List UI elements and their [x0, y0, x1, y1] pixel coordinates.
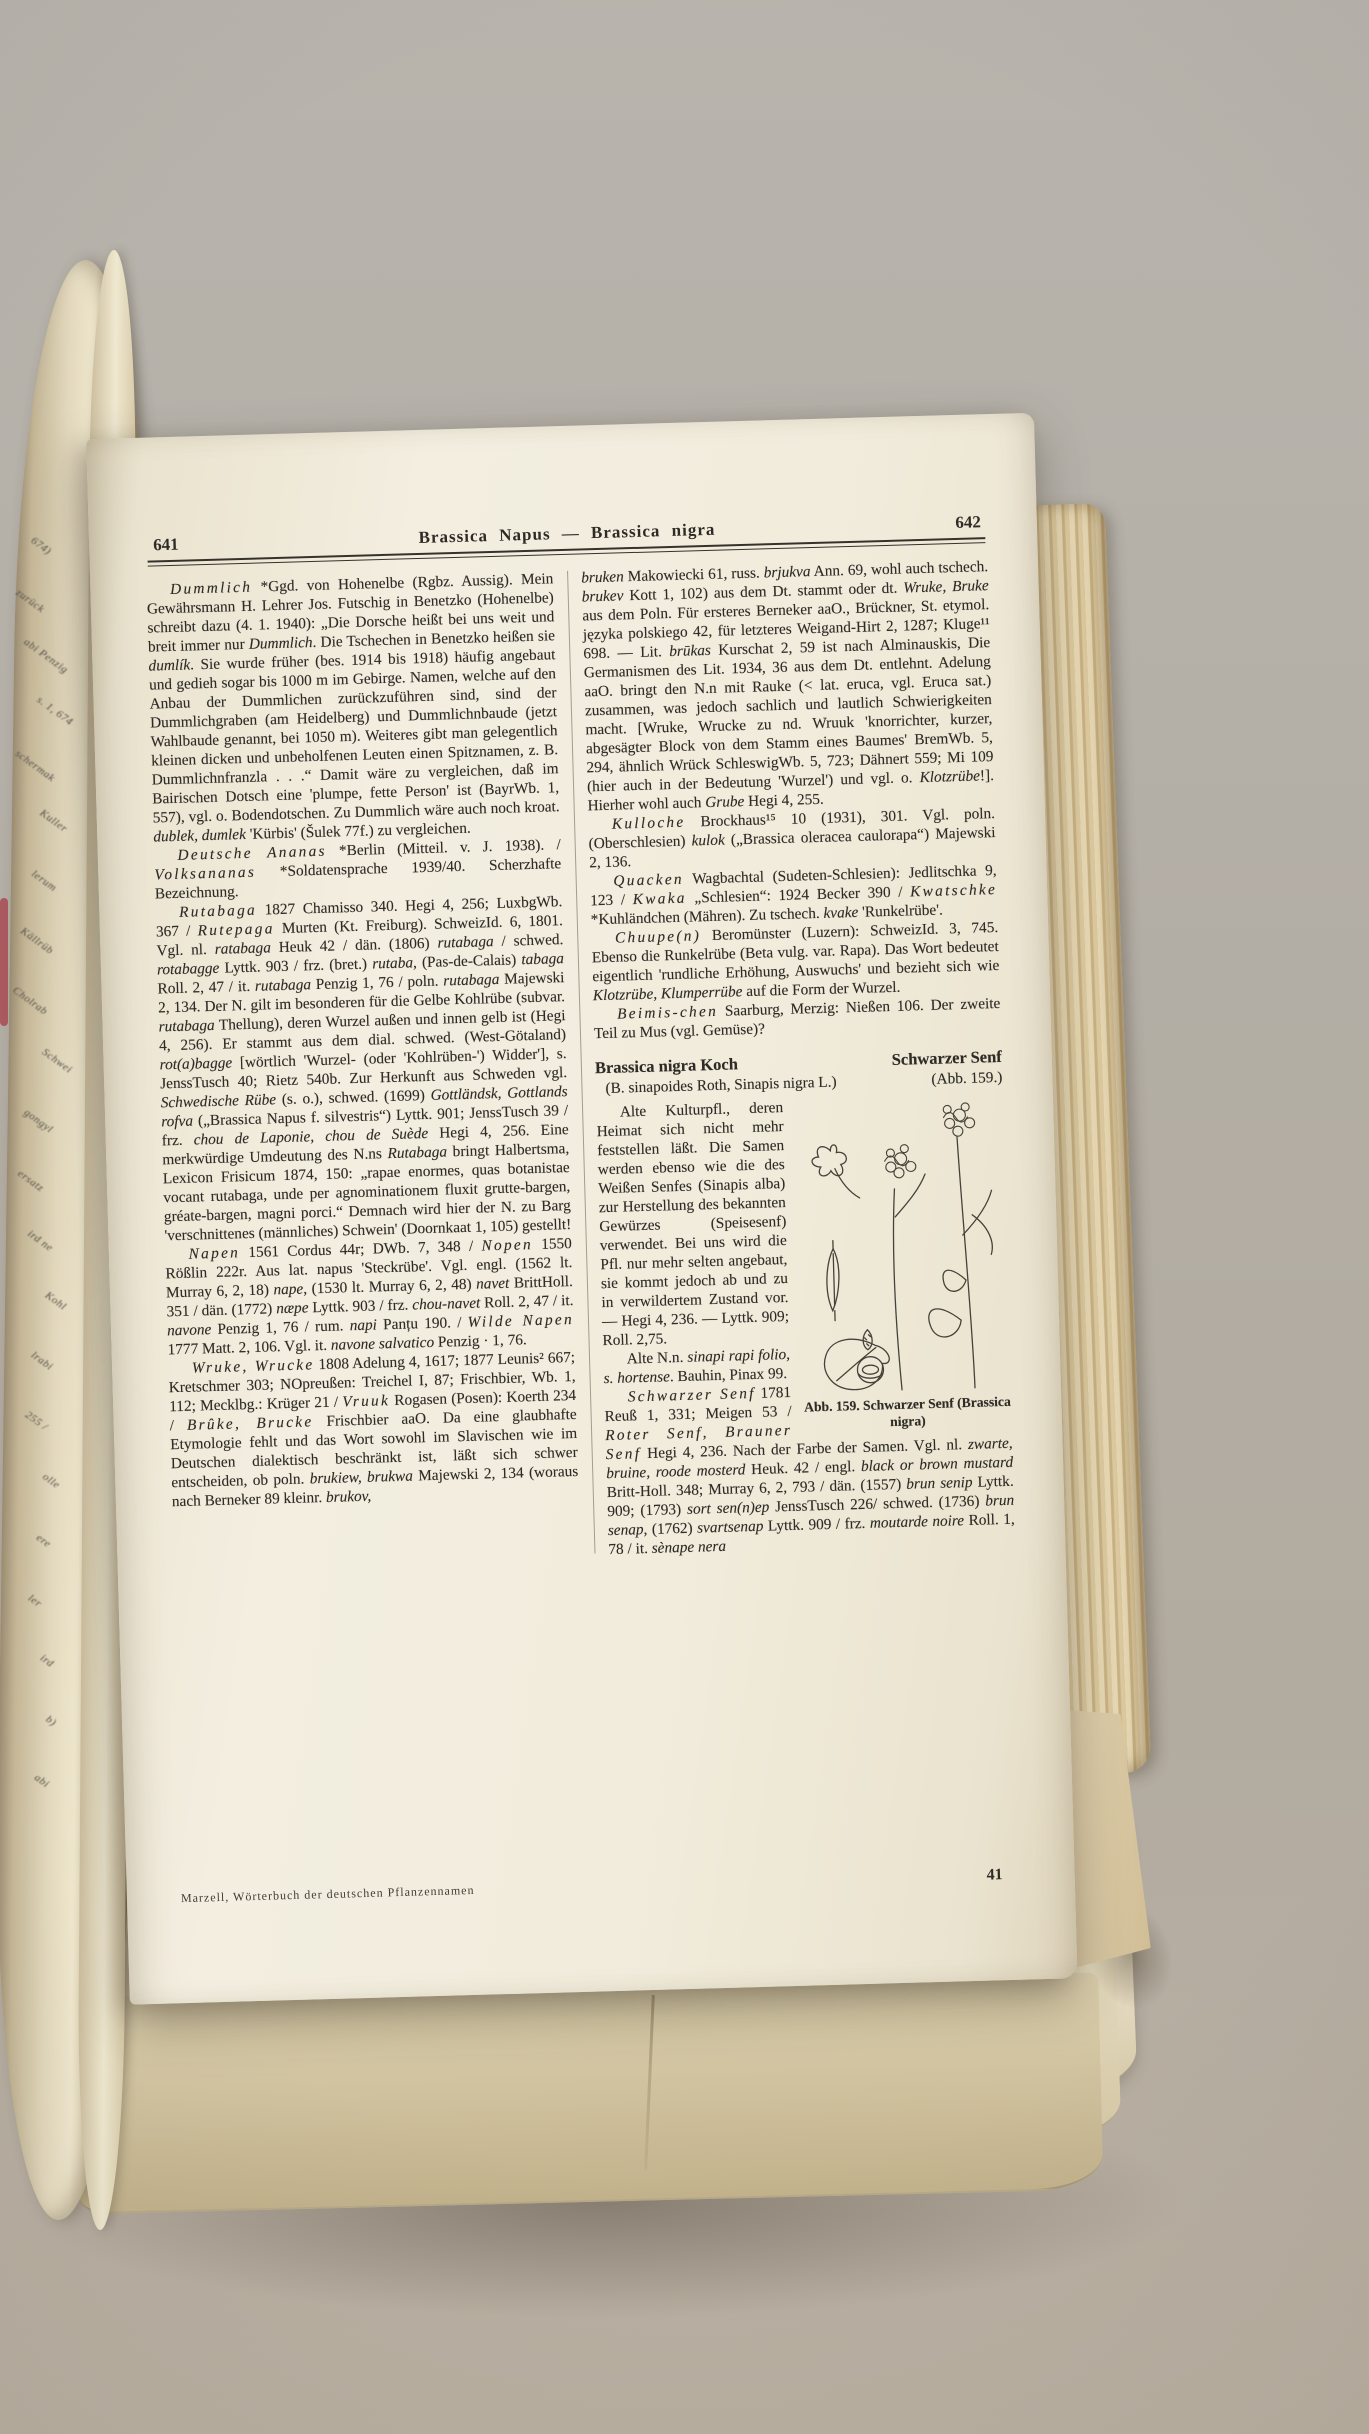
headword: Kulloche	[612, 814, 686, 833]
right-column: bruken Makowiecki 61, russ. brjukva Ann.…	[581, 557, 1016, 1559]
entry-paragraph: Rutabaga 1827 Chamisso 340. Hegi 4, 256;…	[155, 892, 571, 1245]
headword: Wruke, Wrucke	[192, 1356, 315, 1376]
headword: Rutabaga	[179, 902, 257, 921]
black-mustard-drawing	[799, 1094, 1007, 1394]
entry-paragraph: Wruke, Wrucke 1808 Adelung 4, 1617; 1877…	[168, 1348, 579, 1511]
column-number-left: 641	[153, 535, 179, 556]
headword: Beimis-chen	[617, 1003, 718, 1023]
photo-of-open-book: 674)zurückabi Penzigs. 1, 674schermakKul…	[0, 0, 1369, 2434]
footer-imprint: Marzell, Wörterbuch der deutschen Pflanz…	[181, 1883, 475, 1906]
under-page-edge	[74, 1973, 1104, 2215]
entry-paragraph: bruken Makowiecki 61, russ. brjukva Ann.…	[581, 557, 995, 815]
headword: Deutsche Ananas	[177, 843, 327, 864]
figure-caption: Abb. 159. Schwarzer Senf (Brassica nigra…	[803, 1393, 1012, 1433]
running-title: Brassica Napus — Brassica nigra	[418, 520, 715, 548]
footer-page-number: 41	[986, 1866, 1002, 1884]
entry-paragraph: Chuupe(n) Beromünster (Luzern): SchweizI…	[591, 918, 1000, 1005]
entry-paragraph: Napen 1561 Cordus 44r; DWb. 7, 348 / Nop…	[165, 1234, 575, 1359]
headword: Chuupe(n)	[615, 927, 702, 946]
entry-paragraph: Dummlich *Ggd. von Hohenelbe (Rgbz. Auss…	[146, 569, 560, 846]
book-page: 641 Brassica Napus — Brassica nigra 642 …	[86, 413, 1077, 2005]
entry-body: Abb. 159. Schwarzer Senf (Brassica nigra…	[596, 1092, 1016, 1559]
red-cover-sliver	[0, 898, 8, 1026]
page-footer: Marzell, Wörterbuch der deutschen Pflanz…	[181, 1866, 1017, 1907]
left-column: Dummlich *Ggd. von Hohenelbe (Rgbz. Auss…	[146, 569, 581, 1571]
text-columns: Dummlich *Ggd. von Hohenelbe (Rgbz. Auss…	[146, 557, 1015, 1571]
headword: Napen	[188, 1244, 240, 1262]
botanical-illustration: Abb. 159. Schwarzer Senf (Brassica nigra…	[795, 1094, 1012, 1433]
right-column-top: bruken Makowiecki 61, russ. brjukva Ann.…	[581, 557, 1001, 1043]
headword: Quacken	[613, 871, 684, 890]
entry-figure-ref: (Abb. 159.)	[931, 1067, 1003, 1090]
headword: Dummlich	[170, 579, 253, 598]
column-number-right: 642	[955, 512, 981, 533]
headword: Schwarzer Senf	[628, 1385, 756, 1406]
